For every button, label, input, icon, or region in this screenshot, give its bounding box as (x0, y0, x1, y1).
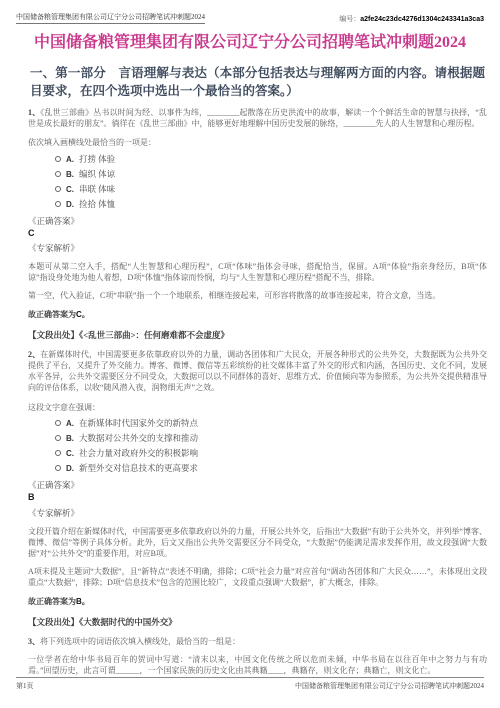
question-2-option-d[interactable]: D. 新型外交对信息技术的更高要求 (55, 464, 487, 473)
question-1-analysis-paragraph: 第一空，代入验证，C项“串联”指一个一个地联系，相继连接起来，可形容将散落的故事… (28, 290, 487, 301)
conclusion-text: 故正确答案为 (28, 597, 76, 606)
option-letter: A. (66, 155, 74, 164)
page-title: 中国储备粮管理集团有限公司辽宁分公司招聘笔试冲刺题2024 (12, 33, 488, 54)
radio-icon[interactable] (55, 156, 61, 162)
radio-icon[interactable] (55, 465, 61, 471)
radio-icon[interactable] (55, 171, 61, 177)
option-letter: B. (66, 170, 74, 179)
question-1-option-d[interactable]: D. 捡拾 体恤 (55, 200, 487, 209)
question-3-prompt-text: 将下列选项中的词语依次填入横线处，最恰当的一组是： (40, 637, 240, 646)
radio-icon[interactable] (55, 435, 61, 441)
page-header: 中国储备粮管理集团有限公司辽宁分公司招聘笔试冲刺题2024 编号：a2fe24c… (0, 0, 500, 26)
option-letter: C. (66, 449, 74, 458)
option-text: 打捞 体验 (79, 153, 115, 165)
question-2-answer-label: 《正确答案》 (28, 479, 487, 491)
question-2-stem: 2、在新媒体时代，中国需要更多依靠政府以外的力量，调动各团体和广大民众，开展各种… (28, 349, 487, 393)
option-text: 社会力量对政府外交的积极影响 (79, 447, 198, 459)
option-text: 串联 体味 (79, 183, 115, 195)
question-3-prompt: 3、将下列选项中的词语依次填入横线处，最恰当的一组是： (28, 636, 487, 647)
conclusion-period: 。 (82, 310, 90, 319)
option-text: 大数据对公共外交的支撑和推动 (79, 432, 198, 444)
question-1-source: 【文段出处】《<乱世三部曲>：任何磨难都不会虚度》 (28, 329, 487, 341)
question-1-option-c[interactable]: C. 串联 体味 (55, 185, 487, 194)
radio-icon[interactable] (55, 186, 61, 192)
document-page: 中国储备粮管理集团有限公司辽宁分公司招聘笔试冲刺题2024 编号：a2fe24c… (0, 0, 500, 708)
question-2-option-a[interactable]: A. 在新媒体时代国家外交的新特点 (55, 419, 487, 428)
conclusion-period: 。 (82, 597, 90, 606)
question-3-stem: 一位学者在给中华书局百年的贺词中写道：“清末以来，中国文化传统之所以危而未倾，中… (28, 654, 487, 676)
source-label: 【文段出处】 (28, 330, 79, 340)
question-1-answer: C (28, 228, 487, 239)
option-letter: D. (66, 200, 74, 209)
question-2-option-c[interactable]: C. 社会力量对政府外交的积极影响 (55, 449, 487, 458)
source-title: 《<乱世三部曲>：任何磨难都不会虚度》 (79, 330, 229, 340)
question-2-number: 2、 (28, 350, 40, 359)
question-2-analysis-paragraph: 文段开篇介绍在新媒体时代，中国需要更多依靠政府以外的力量，开展公共外交，后指出“… (28, 526, 487, 559)
question-2-conclusion: 故正确答案为B。 (28, 596, 487, 607)
question-1-prompt: 依次填入画横线处最恰当的一项是： (28, 138, 487, 148)
option-text: 编织 体谅 (79, 168, 115, 180)
doc-number-label: 编号： (339, 15, 360, 23)
question-2-options: A. 在新媒体时代国家外交的新特点 B. 大数据对公共外交的支撑和推动 C. 社… (28, 419, 487, 473)
option-text: 新型外交对信息技术的更高要求 (79, 462, 198, 474)
page-footer: 第1页 中国储备粮管理集团有限公司辽宁分公司招聘笔试冲刺题2024 (16, 677, 484, 691)
question-2-answer: B (28, 492, 487, 503)
header-doc-number: 编号：a2fe24c23dc4276d1304c243341a3ca3 (339, 14, 484, 24)
option-text: 在新媒体时代国家外交的新特点 (79, 417, 198, 429)
question-2-text: 在新媒体时代，中国需要更多依靠政府以外的力量，调动各团体和广大民众，开展各种形式… (28, 350, 487, 392)
question-1-text: 《乱世三部曲》丛书以时间为经、以事件为纬，________起散落在历史洪流中的故… (28, 108, 487, 128)
question-2-source: 【文段出处】《大数据时代的中国外交》 (28, 616, 487, 628)
radio-icon[interactable] (55, 420, 61, 426)
footer-page-number: 第1页 (16, 681, 34, 691)
header-doc-title: 中国储备粮管理集团有限公司辽宁分公司招聘笔试冲刺题2024 (16, 12, 205, 24)
radio-icon[interactable] (55, 450, 61, 456)
source-label: 【文段出处】 (28, 617, 79, 627)
question-1-option-a[interactable]: A. 打捞 体验 (55, 155, 487, 164)
question-1-number: 1、 (28, 108, 40, 117)
question-2-analysis-paragraph: A项未提及主题词“大数据”，且“新特点”表述不明确，排除；C项“社会力量”对应首… (28, 566, 487, 588)
option-letter: C. (66, 185, 74, 194)
question-1-answer-label: 《正确答案》 (28, 215, 487, 227)
question-1-conclusion: 故正确答案为C。 (28, 309, 487, 320)
question-1-options: A. 打捞 体验 B. 编织 体谅 C. 串联 体味 D. 捡拾 体恤 (28, 155, 487, 209)
question-2-analysis-label: 《专家解析》 (28, 507, 487, 519)
option-letter: A. (66, 419, 74, 428)
question-2-option-b[interactable]: B. 大数据对公共外交的支撑和推动 (55, 434, 487, 443)
source-title: 《大数据时代的中国外交》 (79, 617, 177, 627)
radio-icon[interactable] (55, 201, 61, 207)
conclusion-text: 故正确答案为 (28, 310, 76, 319)
question-2-prompt: 这段文字意在强调： (28, 403, 487, 413)
doc-number-value: a2fe24c23dc4276d1304c243341a3ca3 (360, 16, 484, 23)
question-1-option-b[interactable]: B. 编织 体谅 (55, 170, 487, 179)
question-1-stem: 1、《乱世三部曲》丛书以时间为经、以事件为纬，________起散落在历史洪流中… (28, 107, 487, 129)
question-3-number: 3、 (28, 637, 40, 646)
footer-doc-title: 中国储备粮管理集团有限公司辽宁分公司招聘笔试冲刺题2024 (295, 681, 484, 691)
document-content: 一、第一部分 言语理解与表达（本部分包括表达与理解两方面的内容。请根据题目要求，… (0, 64, 500, 676)
section-heading: 一、第一部分 言语理解与表达（本部分包括表达与理解两方面的内容。请根据题目要求，… (30, 64, 485, 100)
option-letter: B. (66, 434, 74, 443)
question-1-analysis-paragraph: 本题可从第二空入手，搭配“人生智慧和心理历程”，C项“体味”指体会寻味，搭配恰当… (28, 261, 487, 283)
option-text: 捡拾 体恤 (79, 198, 115, 210)
question-1-analysis-label: 《专家解析》 (28, 242, 487, 254)
option-letter: D. (66, 464, 74, 473)
